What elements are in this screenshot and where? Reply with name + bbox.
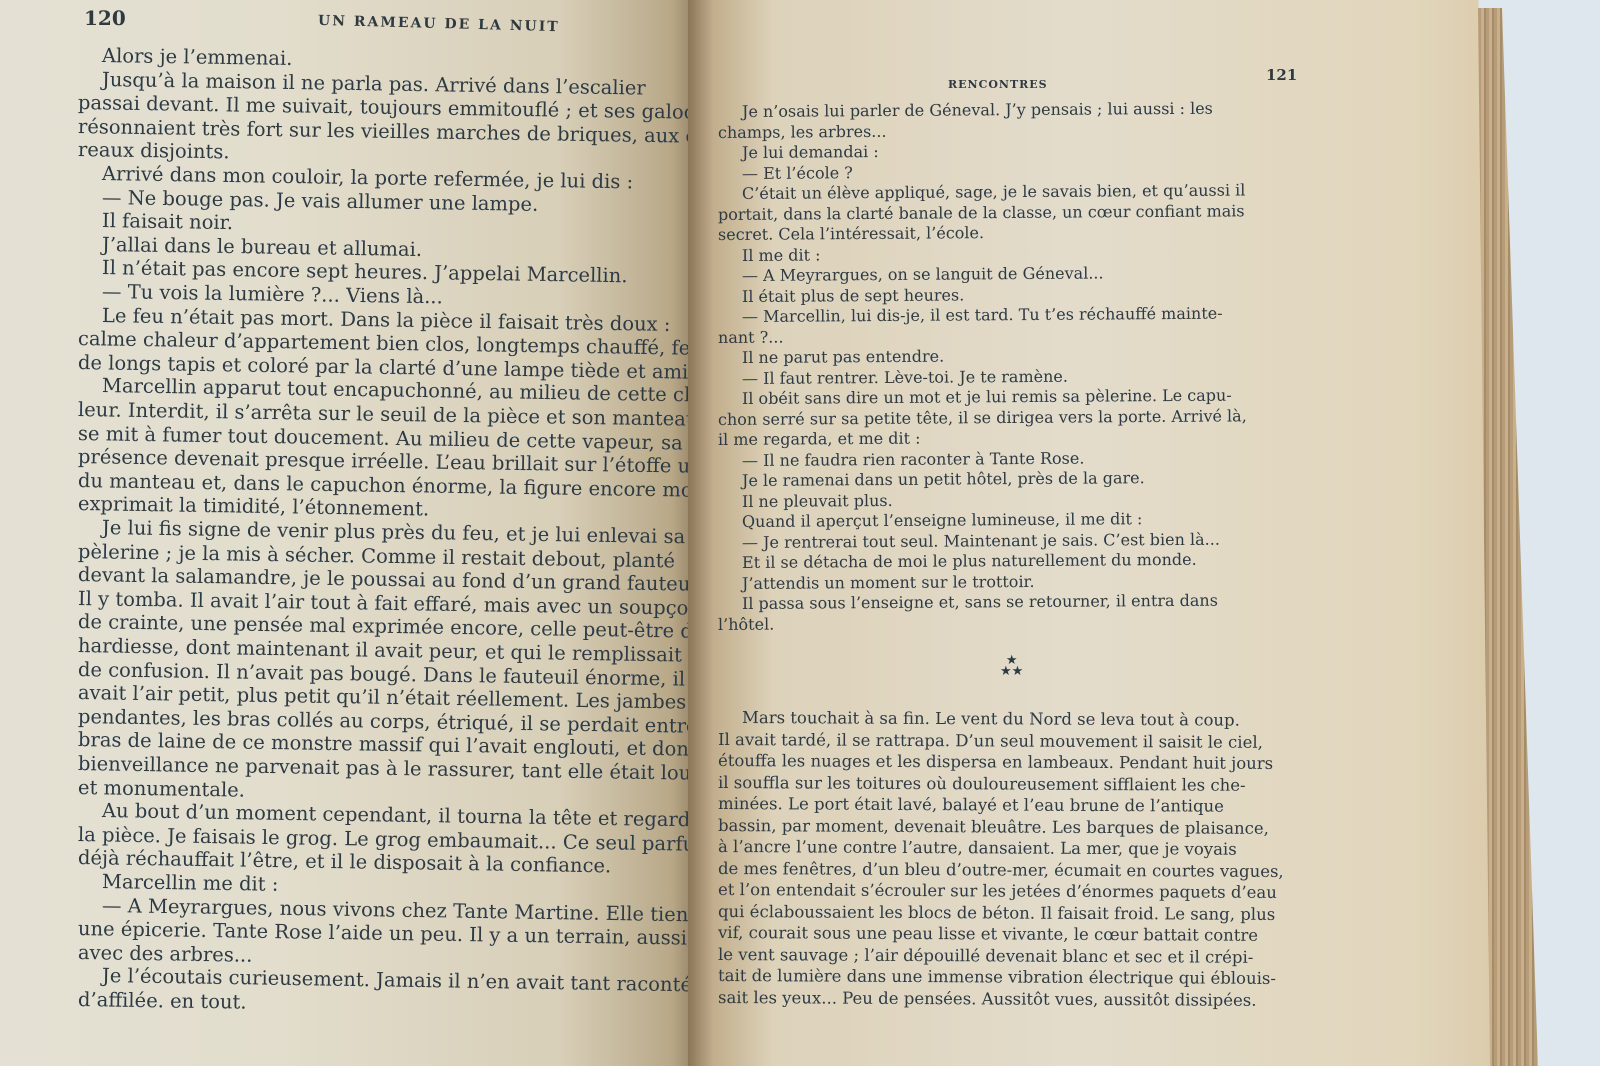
text-line: champs, les arbres... <box>718 123 887 140</box>
text-line: — Tu vois la lumière ?... Viens là... <box>102 282 443 307</box>
text-line: sait les yeux... Peu de pensées. Aussitô… <box>718 990 1257 1009</box>
section-break-asterism: ★★★ <box>1000 655 1023 677</box>
text-line: — Et l’école ? <box>742 165 853 182</box>
text-line: chon serré sur sa petite tête, il se dir… <box>718 408 1247 428</box>
text-line: de mes fenêtres, d’un bleu d’outre-mer, … <box>718 861 1284 880</box>
text-line: Quand il aperçut l’enseigne lumineuse, i… <box>742 511 1143 530</box>
text-line: Il était plus de sept heures. <box>742 287 964 305</box>
text-line: Il faisait noir. <box>102 211 233 233</box>
open-book: 120 UN RAMEAU DE LA NUIT Alors je l’emme… <box>0 0 1600 1066</box>
text-line: d’affilée. en tout. <box>78 990 247 1012</box>
text-line: le vent sauvage ; l’air dépouillé devena… <box>718 947 1253 966</box>
text-line: Je le ramenai dans un petit hôtel, près … <box>742 470 1145 489</box>
text-line: Mars touchait à sa fin. Le vent du Nord … <box>742 710 1240 729</box>
text-line: Il obéit sans dire un mot et je lui remi… <box>742 388 1232 407</box>
text-line: il me regarda, et me dit : <box>718 431 921 448</box>
text-line: Et il se détacha de moi le plus naturell… <box>742 552 1197 571</box>
text-line: Je lui demandai : <box>742 144 879 161</box>
text-line: J’attendis un moment sur le trottoir. <box>742 573 1035 591</box>
text-line: tait de lumière dans une immense vibrati… <box>718 968 1276 987</box>
text-line: avec des arbres... <box>78 943 253 965</box>
text-line: Il passa sous l’enseigne et, sans se ret… <box>742 593 1218 612</box>
text-line: J’allai dans le bureau et allumai. <box>102 235 422 260</box>
text-line: qui éclaboussaient les blocs de béton. I… <box>718 904 1275 923</box>
text-line: — Je rentrerai tout seul. Maintenant je … <box>742 531 1220 550</box>
text-line: minées. Le port était lavé, balayé et l’… <box>718 796 1224 815</box>
text-line: il souffla sur les toitures où douloureu… <box>718 775 1246 794</box>
text-line: Alors je l’emmenai. <box>102 46 293 68</box>
text-line: — A Meyrargues, on se languit de Géneval… <box>742 265 1104 284</box>
left-page-text: Alors je l’emmenai.Jusqu’à la maison il … <box>0 0 700 1066</box>
text-line: Je n’osais lui parler de Géneval. J’y pe… <box>742 101 1213 120</box>
text-line: Marcellin me dit : <box>102 872 279 894</box>
text-line: Il avait tardé, il se rattrapa. D’un seu… <box>718 732 1263 751</box>
text-line: à l’ancre l’une contre l’autre, dansaien… <box>718 839 1237 858</box>
text-line: reaux disjoints. <box>78 140 230 162</box>
text-line: bassin, par moment, devenait bleuâtre. L… <box>718 818 1269 837</box>
right-page-text: Je n’osais lui parler de Géneval. J’y pe… <box>688 0 1538 1066</box>
text-line: et monumentale. <box>78 778 245 800</box>
text-line: Il me dit : <box>742 247 821 264</box>
text-line: — Il ne faudra rien raconter à Tante Ros… <box>742 450 1085 468</box>
left-page: 120 UN RAMEAU DE LA NUIT Alors je l’emme… <box>0 0 700 1066</box>
text-line: — Il faut rentrer. Lève-toi. Je te ramèn… <box>742 368 1068 386</box>
text-line: étouffa les nuages et les dispersa en la… <box>718 753 1273 772</box>
text-line: l’hôtel. <box>718 616 774 632</box>
text-line: nant ?... <box>718 329 784 345</box>
right-page: RENCONTRES 121 Je n’osais lui parler de … <box>688 0 1538 1066</box>
text-line: portait, dans la clarté banale de la cla… <box>718 203 1245 223</box>
text-line: C’était un élève appliqué, sage, je le s… <box>742 182 1245 202</box>
text-line: Il ne parut pas entendre. <box>742 349 944 366</box>
text-line: Il ne pleuvait plus. <box>742 492 893 509</box>
text-line: secret. Cela l’intéressait, l’école. <box>718 225 984 243</box>
text-line: — Marcellin, lui dis-je, il est tard. Tu… <box>742 306 1223 325</box>
text-line: et l’on entendait s’écrouler sur les jet… <box>718 882 1277 901</box>
text-line: vif, courait sous une peau lisse et viva… <box>718 925 1258 944</box>
